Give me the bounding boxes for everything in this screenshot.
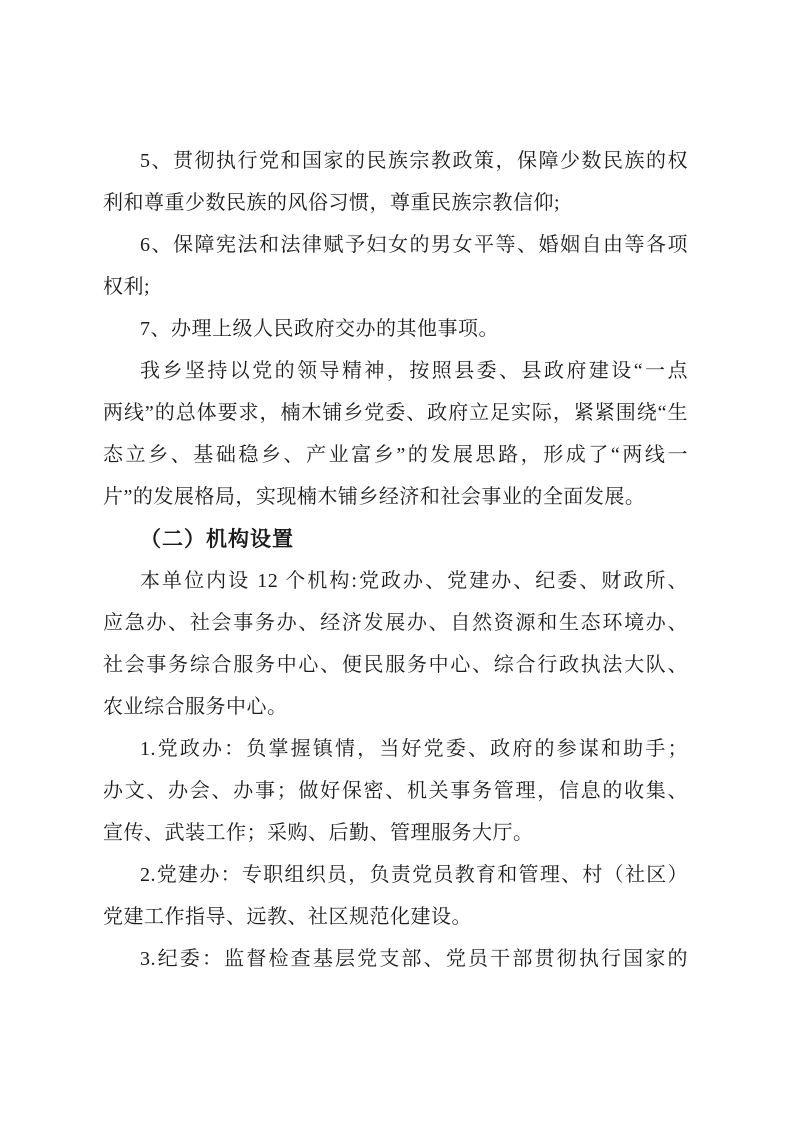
- doc-line: 社会事务综合服务中心、便民服务中心、综合行政执法大队、: [103, 644, 688, 686]
- doc-line: 权利;: [103, 266, 688, 308]
- doc-line: 3.纪委：监督检查基层党支部、党员干部贯彻执行国家的: [103, 938, 688, 980]
- doc-line: 两线”的总体要求，楠木铺乡党委、政府立足实际，紧紧围绕“生: [103, 392, 688, 434]
- doc-line: 片”的发展格局，实现楠木铺乡经济和社会事业的全面发展。: [103, 476, 688, 518]
- section-heading: （二）机构设置: [103, 518, 688, 560]
- doc-line: 2.党建办：专职组织员，负责党员教育和管理、村（社区）: [103, 854, 688, 896]
- document-text-block: 5、贯彻执行党和国家的民族宗教政策，保障少数民族的权 利和尊重少数民族的风俗习惯…: [103, 140, 688, 980]
- doc-line: 7、办理上级人民政府交办的其他事项。: [103, 308, 688, 350]
- document-page: { "page": { "background": "#ffffff", "te…: [0, 0, 793, 1122]
- doc-line: 6、保障宪法和法律赋予妇女的男女平等、婚姻自由等各项: [103, 224, 688, 266]
- doc-line: 我乡坚持以党的领导精神，按照县委、县政府建设“一点: [103, 350, 688, 392]
- doc-line: 应急办、社会事务办、经济发展办、自然资源和生态环境办、: [103, 602, 688, 644]
- doc-line: 利和尊重少数民族的风俗习惯，尊重民族宗教信仰;: [103, 182, 688, 224]
- doc-line: 党建工作指导、远教、社区规范化建设。: [103, 896, 688, 938]
- doc-line: 办文、办会、办事；做好保密、机关事务管理，信息的收集、: [103, 770, 688, 812]
- doc-line: 农业综合服务中心。: [103, 686, 688, 728]
- doc-line: 5、贯彻执行党和国家的民族宗教政策，保障少数民族的权: [103, 140, 688, 182]
- doc-line: 本单位内设 12 个机构:党政办、党建办、纪委、财政所、: [103, 560, 688, 602]
- doc-line: 1.党政办：负掌握镇情，当好党委、政府的参谋和助手；: [103, 728, 688, 770]
- doc-line: 态立乡、基础稳乡、产业富乡”的发展思路，形成了“两线一: [103, 434, 688, 476]
- doc-line: 宣传、武装工作；采购、后勤、管理服务大厅。: [103, 812, 688, 854]
